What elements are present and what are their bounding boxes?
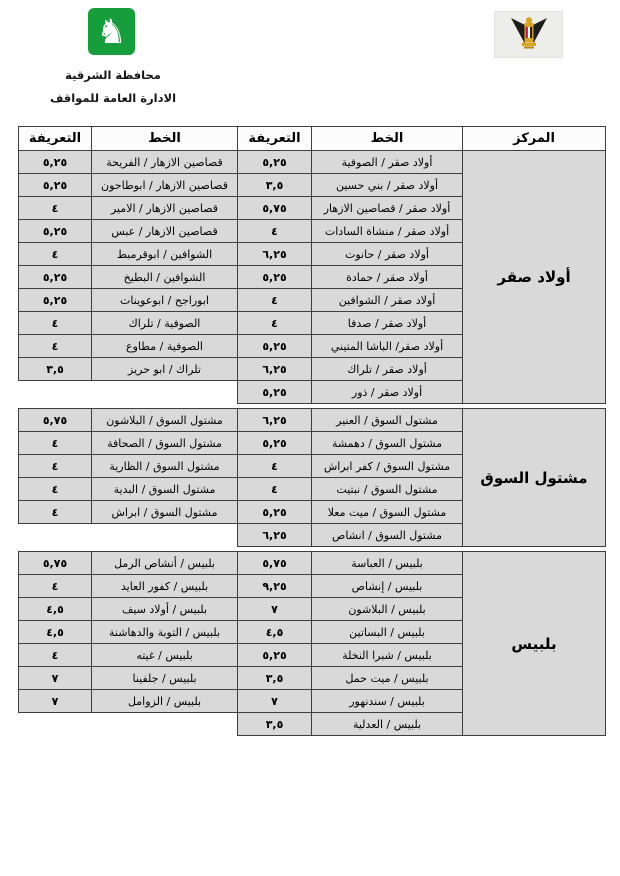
table-row: بلبيس / سندنهور٧ [237,689,463,713]
tariff-cell: ٥,٢٥ [237,380,312,404]
tariff-table: المركز الخط التعريفة الخط التعريفة أولاد… [18,126,606,736]
route-cell: بلبيس / كفور العايد [91,574,238,598]
tariff-cell: ٧ [237,689,312,713]
route-cell: بلبيس / ميت حمل [311,666,463,690]
tariff-cell: ٥,٢٥ [18,173,92,197]
route-cell: تلراك / ابو حريز [91,357,238,381]
document-page: ♞ محافظة الشرقية الادارة العامة للمواقف … [0,0,620,876]
table-row: مشتول السوق / انشاص٦,٢٥ [237,523,463,547]
route-cell: بلبيس / غيته [91,643,238,667]
route-cell: بلبيس / جلفينا [91,666,238,690]
tariff-cell: ٥,٢٥ [237,334,312,358]
sharqia-horse-logo: ♞ [88,8,135,55]
route-cell: قصاصين الازهار / الامير [91,196,238,220]
table-row: مشتول السوق / كفر ابراش٤ [237,454,463,478]
route-cell: الشوافين / ابوقرمبط [91,242,238,266]
markaz-section-1: مشتول السوقمشتول السوق / العنير٦,٢٥مشتول… [18,408,606,547]
table-row: بلبيس / جلفينا٧ [18,666,238,690]
table-row: بلبيس / أنشاص الرمل٥,٧٥ [18,551,238,575]
department-name: الادارة العامة للمواقف [28,87,198,110]
route-cell: مشتول السوق / البلاشون [91,408,238,432]
table-row: بلبيس / ميت حمل٣,٥ [237,666,463,690]
table-row: أولاد صقر / حمادة٥,٢٥ [237,265,463,289]
tariff-cell: ٤ [18,242,92,266]
tariff-cell: ٣,٥ [18,357,92,381]
markaz-cell: مشتول السوق [462,408,606,547]
route-cell: بلبيس / أنشاص الرمل [91,551,238,575]
table-row: مشتول السوق / ميت معلا٥,٢٥ [237,500,463,524]
route-cell: بلبيس / البساتين [311,620,463,644]
table-row: بلبيس / العباسة٥,٧٥ [237,551,463,575]
route-cell: مشتول السوق / ابراش [91,500,238,524]
table-row: الصوفية / مطاوع٤ [18,334,238,358]
tariff-cell: ٥,٢٥ [237,265,312,289]
tariff-cell: ٥,٢٥ [18,150,92,174]
route-cell: بلبيس / العدلية [311,712,463,736]
route-cell: بلبيس / التوبة والدهاشنة [91,620,238,644]
tariff-cell: ٤ [18,311,92,335]
tariff-cell: ٣,٥ [237,666,312,690]
tariff-cell: ٥,٢٥ [18,288,92,312]
table-row: مشتول السوق / دهمشة٥,٢٥ [237,431,463,455]
table-row: بلبيس / كفور العايد٤ [18,574,238,598]
route-cell: أولاد صقر / حانوت [311,242,463,266]
table-row: أولاد صقر / منشاة السادات٤ [237,219,463,243]
route-cell: قصاصين الازهار / ابوطاحون [91,173,238,197]
tariff-cell: ٥,٢٥ [237,643,312,667]
table-row: بلبيس / غيته٤ [18,643,238,667]
route-cell: أولاد صقر / قصاصين الازهار [311,196,463,220]
tariff-cell: ٤ [18,196,92,220]
table-body: أولاد صقرأولاد صقر / الصوفية٥,٢٥أولاد صق… [18,150,606,736]
route-cell: أولاد صقر / الصوفية [311,150,463,174]
route-cell: أولاد صقر / ذور [311,380,463,404]
route-cell: بلبيس / شبرا النخلة [311,643,463,667]
route-cell: قصاصين الازهار / الفريحة [91,150,238,174]
table-row: أولاد صقر / تلراك٦,٢٥ [237,357,463,381]
col-inner-column: بلبيس / العباسة٥,٧٥بلبيس / إنشاص٩,٢٥بلبي… [237,551,463,736]
route-cell: بلبيس / سندنهور [311,689,463,713]
route-cell: مشتول السوق / نبتيت [311,477,463,501]
tariff-cell: ٤ [18,334,92,358]
tariff-cell: ٤ [237,288,312,312]
tariff-cell: ٤ [18,454,92,478]
route-cell: ابوراجح / ابوعوينات [91,288,238,312]
route-cell: أولاد صقر / منشاة السادات [311,219,463,243]
col-inner-column: أولاد صقر / الصوفية٥,٢٥أولاد صقر / بني ح… [237,150,463,404]
tariff-cell: ٤,٥ [237,620,312,644]
table-row: مشتول السوق / ابراش٤ [18,500,238,524]
route-cell: مشتول السوق / دهمشة [311,431,463,455]
tariff-cell: ٩,٢٥ [237,574,312,598]
egypt-eagle-emblem [495,12,562,57]
col-outer-column: قصاصين الازهار / الفريحة٥,٢٥قصاصين الازه… [18,150,238,381]
table-row: أولاد صقر / بني حسين٣,٥ [237,173,463,197]
col-outer-column: مشتول السوق / البلاشون٥,٧٥مشتول السوق / … [18,408,238,524]
route-cell: أولاد صقر/ الباشا المتيني [311,334,463,358]
tariff-cell: ٦,٢٥ [237,242,312,266]
route-cell: بلبيس / أولاد سيف [91,597,238,621]
tariff-cell: ٥,٧٥ [237,551,312,575]
table-row: بلبيس / العدلية٣,٥ [237,712,463,736]
route-cell: بلبيس / الزوامل [91,689,238,713]
table-row: مشتول السوق / البلاشون٥,٧٥ [18,408,238,432]
horse-icon: ♞ [96,15,126,49]
table-row: بلبيس / التوبة والدهاشنة٤,٥ [18,620,238,644]
tariff-cell: ٥,٢٥ [237,431,312,455]
tariff-cell: ٧ [18,689,92,713]
route-cell: بلبيس / البلاشون [311,597,463,621]
route-cell: أولاد صقر / الشوافين [311,288,463,312]
table-row: الشوافين / ابوقرمبط٤ [18,242,238,266]
tariff-cell: ٤ [18,500,92,524]
tariff-cell: ٧ [237,597,312,621]
column-header-line-inner: الخط [311,126,463,151]
column-header-markaz: المركز [462,126,606,151]
tariff-cell: ٤ [18,431,92,455]
tariff-cell: ٥,٢٥ [18,265,92,289]
table-row: أولاد صقر / قصاصين الازهار٥,٧٥ [237,196,463,220]
table-row: قصاصين الازهار / الفريحة٥,٢٥ [18,150,238,174]
column-header-tariff-outer: التعريفة [18,126,92,151]
table-row: الشوافين / البطيخ٥,٢٥ [18,265,238,289]
tariff-cell: ٤ [237,477,312,501]
tariff-cell: ٤ [18,477,92,501]
table-row: تلراك / ابو حريز٣,٥ [18,357,238,381]
route-cell: مشتول السوق / ميت معلا [311,500,463,524]
tariff-cell: ٥,٧٥ [237,196,312,220]
tariff-cell: ٦,٢٥ [237,523,312,547]
markaz-section-0: أولاد صقرأولاد صقر / الصوفية٥,٢٥أولاد صق… [18,150,606,404]
table-header-row: المركز الخط التعريفة الخط التعريفة [18,126,606,151]
tariff-cell: ٤,٥ [18,620,92,644]
table-row: مشتول السوق / الصحافة٤ [18,431,238,455]
eagle-icon [507,15,551,55]
table-row: أولاد صقر / حانوت٦,٢٥ [237,242,463,266]
route-cell: الصوفية / مطاوع [91,334,238,358]
tariff-cell: ٥,٧٥ [18,408,92,432]
tariff-cell: ٤ [237,311,312,335]
tariff-cell: ٧ [18,666,92,690]
table-row: أولاد صقر/ الباشا المتيني٥,٢٥ [237,334,463,358]
tariff-cell: ٤ [237,219,312,243]
markaz-cell: بلبيس [462,551,606,736]
table-row: بلبيس / أولاد سيف٤,٥ [18,597,238,621]
col-outer-column: بلبيس / أنشاص الرمل٥,٧٥بلبيس / كفور العا… [18,551,238,713]
route-cell: بلبيس / العباسة [311,551,463,575]
route-cell: مشتول السوق / البدية [91,477,238,501]
table-row: بلبيس / البلاشون٧ [237,597,463,621]
route-cell: قصاصين الازهار / عبس [91,219,238,243]
column-header-line-outer: الخط [91,126,238,151]
route-cell: مشتول السوق / الصحافة [91,431,238,455]
route-cell: أولاد صقر / حمادة [311,265,463,289]
table-row: بلبيس / البساتين٤,٥ [237,620,463,644]
table-row: أولاد صقر / الصوفية٥,٢٥ [237,150,463,174]
tariff-cell: ٤,٥ [18,597,92,621]
route-cell: مشتول السوق / العنير [311,408,463,432]
column-header-tariff-inner: التعريفة [237,126,312,151]
table-row: ابوراجح / ابوعوينات٥,٢٥ [18,288,238,312]
tariff-cell: ٦,٢٥ [237,408,312,432]
tariff-cell: ٤ [18,643,92,667]
route-cell: بلبيس / إنشاص [311,574,463,598]
tariff-cell: ٥,٧٥ [18,551,92,575]
governorate-name: محافظة الشرقية [28,64,198,87]
table-row: الصوفية / تلراك٤ [18,311,238,335]
tariff-cell: ٥,٢٥ [237,150,312,174]
markaz-section-2: بلبيسبلبيس / العباسة٥,٧٥بلبيس / إنشاص٩,٢… [18,551,606,736]
table-row: مشتول السوق / البدية٤ [18,477,238,501]
tariff-cell: ٥,٢٥ [237,500,312,524]
tariff-cell: ٤ [18,574,92,598]
table-row: مشتول السوق / العنير٦,٢٥ [237,408,463,432]
route-cell: مشتول السوق / كفر ابراش [311,454,463,478]
table-row: قصاصين الازهار / عبس٥,٢٥ [18,219,238,243]
route-cell: مشتول السوق / انشاص [311,523,463,547]
route-cell: أولاد صقر / بني حسين [311,173,463,197]
tariff-cell: ٣,٥ [237,712,312,736]
table-row: أولاد صقر / ذور٥,٢٥ [237,380,463,404]
table-row: مشتول السوق / نبتيت٤ [237,477,463,501]
tariff-cell: ٦,٢٥ [237,357,312,381]
table-row: أولاد صقر / الشوافين٤ [237,288,463,312]
route-cell: مشتول السوق / الظارية [91,454,238,478]
table-row: قصاصين الازهار / الامير٤ [18,196,238,220]
table-row: أولاد صقر / صدفا٤ [237,311,463,335]
tariff-cell: ٥,٢٥ [18,219,92,243]
route-cell: الصوفية / تلراك [91,311,238,335]
markaz-cell: أولاد صقر [462,150,606,404]
table-row: مشتول السوق / الظارية٤ [18,454,238,478]
route-cell: أولاد صقر / صدفا [311,311,463,335]
table-row: بلبيس / إنشاص٩,٢٥ [237,574,463,598]
table-row: بلبيس / شبرا النخلة٥,٢٥ [237,643,463,667]
letterhead-text: محافظة الشرقية الادارة العامة للمواقف [28,64,198,110]
tariff-cell: ٤ [237,454,312,478]
route-cell: أولاد صقر / تلراك [311,357,463,381]
tariff-cell: ٣,٥ [237,173,312,197]
table-row: بلبيس / الزوامل٧ [18,689,238,713]
table-row: قصاصين الازهار / ابوطاحون٥,٢٥ [18,173,238,197]
col-inner-column: مشتول السوق / العنير٦,٢٥مشتول السوق / ده… [237,408,463,547]
route-cell: الشوافين / البطيخ [91,265,238,289]
